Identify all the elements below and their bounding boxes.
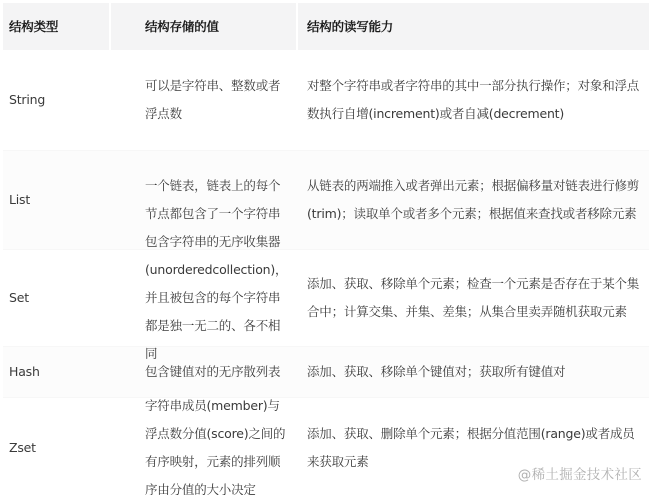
header-read-write-ability: 结构的读写能力 [298,3,649,50]
watermark: @稀土掘金技术社区 [518,463,642,483]
redis-structures-table: 结构类型 结构存储的值 结构的读写能力 String 可以是字符串、整数或者浮点… [3,3,649,495]
cell-ability: 从链表的两端推入或者弹出元素；根据偏移量对链表进行修剪(trim)；读取单个或者… [298,151,649,249]
table-row-set: Set 包含字符串的无序收集器(unorderedcollection)，并且被… [3,250,649,347]
table-header-row: 结构类型 结构存储的值 结构的读写能力 [3,3,649,50]
cell-value: 包含字符串的无序收集器(unorderedcollection)，并且被包含的每… [111,250,296,346]
header-structure-type: 结构类型 [3,3,109,50]
cell-type: Hash [3,347,109,397]
table-row-string: String 可以是字符串、整数或者浮点数 对整个字符串或者字符串的其中一部分执… [3,50,649,151]
cell-type: String [3,50,109,150]
header-stored-value: 结构存储的值 [111,3,296,50]
cell-value: 字符串成员(member)与浮点数分值(score)之间的有序映射，元素的排列顺… [111,398,296,495]
cell-type: Zset [3,398,109,495]
table-row-hash: Hash 包含键值对的无序散列表 添加、获取、移除单个键值对；获取所有键值对 [3,347,649,398]
cell-value: 可以是字符串、整数或者浮点数 [111,50,296,150]
cell-type: List [3,151,109,249]
cell-ability: 对整个字符串或者字符串的其中一部分执行操作；对象和浮点数执行自增(increme… [298,50,649,150]
cell-ability: 添加、获取、移除单个元素；检查一个元素是否存在于某个集合中；计算交集、并集、差集… [298,250,649,346]
cell-value: 包含键值对的无序散列表 [111,347,296,397]
table-row-list: List 一个链表，链表上的每个节点都包含了一个字符串 从链表的两端推入或者弹出… [3,151,649,250]
cell-ability: 添加、获取、移除单个键值对；获取所有键值对 [298,347,649,397]
cell-type: Set [3,250,109,346]
